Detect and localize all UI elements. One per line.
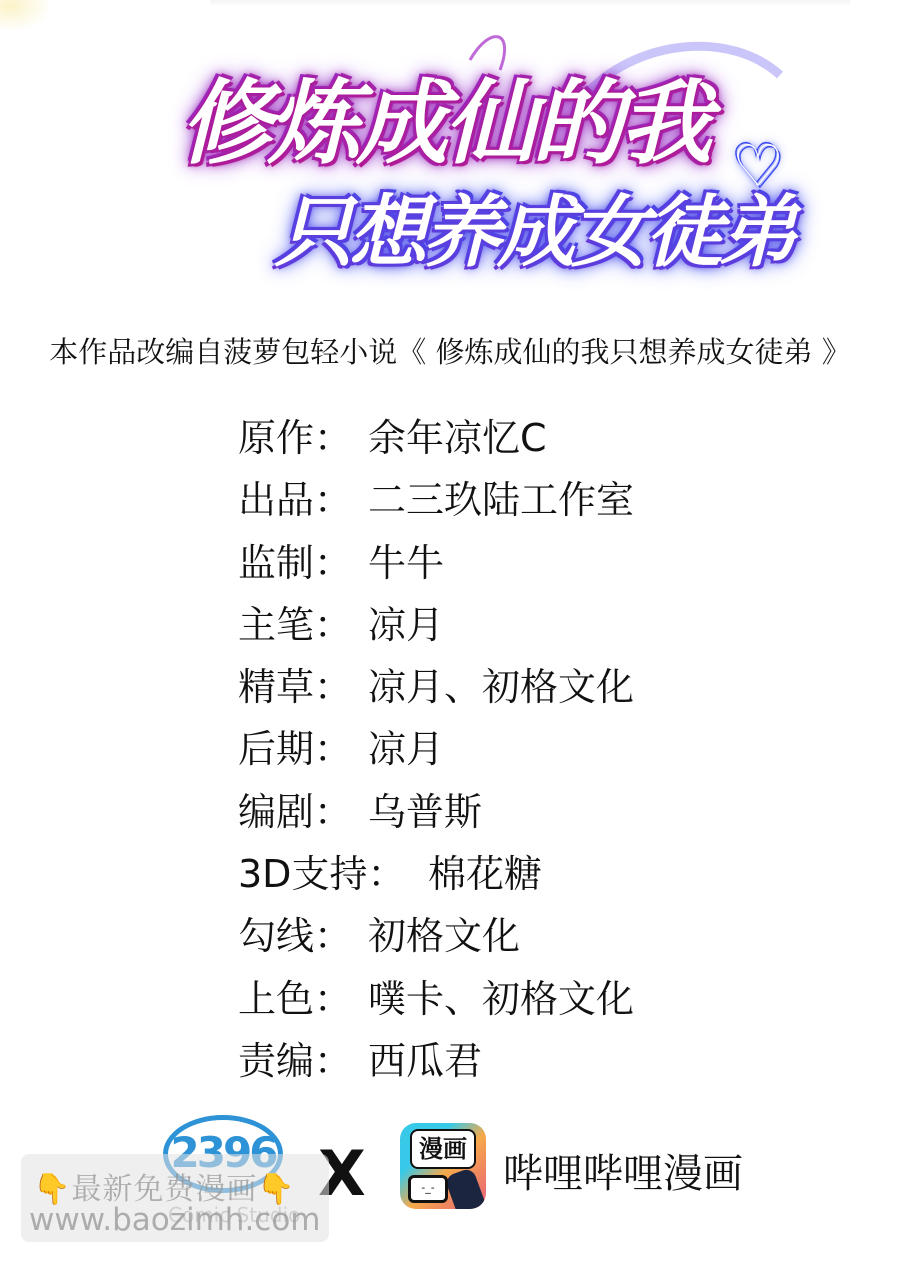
credit-row-original: 原作：余年凉忆C (238, 412, 634, 474)
app-icon-bubble: 漫画 (410, 1129, 476, 1169)
credit-value: 噗卡、初格文化 (368, 973, 634, 1025)
credit-label: 监制： (238, 537, 368, 589)
credit-value: 凉月 (368, 723, 444, 775)
partner-name: 哔哩哔哩漫画 (503, 1142, 743, 1199)
credits-list: 原作：余年凉忆C 出品：二三玖陆工作室 监制：牛牛 主笔：凉月 精草：凉月、初格… (238, 412, 634, 1097)
credit-label: 后期： (238, 723, 368, 775)
bilibili-comics-app-icon: 漫画 -_- (400, 1123, 486, 1209)
credit-row-producer: 出品：二三玖陆工作室 (238, 474, 634, 536)
credit-row-supervisor: 监制：牛牛 (238, 537, 634, 599)
credit-row-3d: 3D支持：棉花糖 (238, 848, 634, 910)
top-strip (210, 0, 850, 6)
credit-value: 余年凉忆C (368, 412, 547, 464)
credit-value: 二三玖陆工作室 (368, 474, 634, 526)
credit-row-lineart: 勾线：初格文化 (238, 910, 634, 972)
watermark-overlay[interactable]: 👇最新免费漫画👇 www.baozimh.com (21, 1154, 329, 1242)
credit-label: 编剧： (238, 786, 368, 838)
credit-value: 棉花糖 (428, 848, 542, 900)
credit-label: 上色： (238, 973, 368, 1025)
credit-label: 3D支持： (238, 848, 428, 900)
credit-row-editor: 责编：西瓜君 (238, 1035, 634, 1097)
credit-label: 出品： (238, 474, 368, 526)
watermark-url[interactable]: www.baozimh.com (29, 1202, 321, 1238)
title-line-1: 修炼成仙的我 (180, 50, 708, 182)
adaptation-note: 本作品改编自菠萝包轻小说《 修炼成仙的我只想养成女徒弟 》 (0, 330, 900, 371)
credit-value: 凉月 (368, 599, 444, 651)
credit-label: 主笔： (238, 599, 368, 651)
credit-row-coloring: 上色：噗卡、初格文化 (238, 973, 634, 1035)
credit-row-post: 后期：凉月 (238, 723, 634, 785)
credit-row-script: 编剧：乌普斯 (238, 786, 634, 848)
heart-icon: ♡ (732, 132, 784, 200)
credit-row-lead-artist: 主笔：凉月 (238, 599, 634, 661)
credit-label: 精草： (238, 661, 368, 713)
credit-row-storyboard: 精草：凉月、初格文化 (238, 661, 634, 723)
title-line-2: 只想养成女徒弟 (275, 170, 793, 282)
credit-label: 原作： (238, 412, 368, 464)
credit-value: 乌普斯 (368, 786, 482, 838)
title-logo: 修炼成仙的我 只想养成女徒弟 ♡ (170, 20, 820, 305)
credit-value: 凉月、初格文化 (368, 661, 634, 713)
credit-label: 勾线： (238, 910, 368, 962)
credit-value: 西瓜君 (368, 1035, 482, 1087)
credit-value: 牛牛 (368, 537, 444, 589)
credit-value: 初格文化 (368, 910, 520, 962)
corner-glow (0, 0, 50, 30)
credit-label: 责编： (238, 1035, 368, 1087)
tv-mascot-icon: -_- (408, 1175, 448, 1203)
mascot-arm-icon (444, 1167, 486, 1209)
